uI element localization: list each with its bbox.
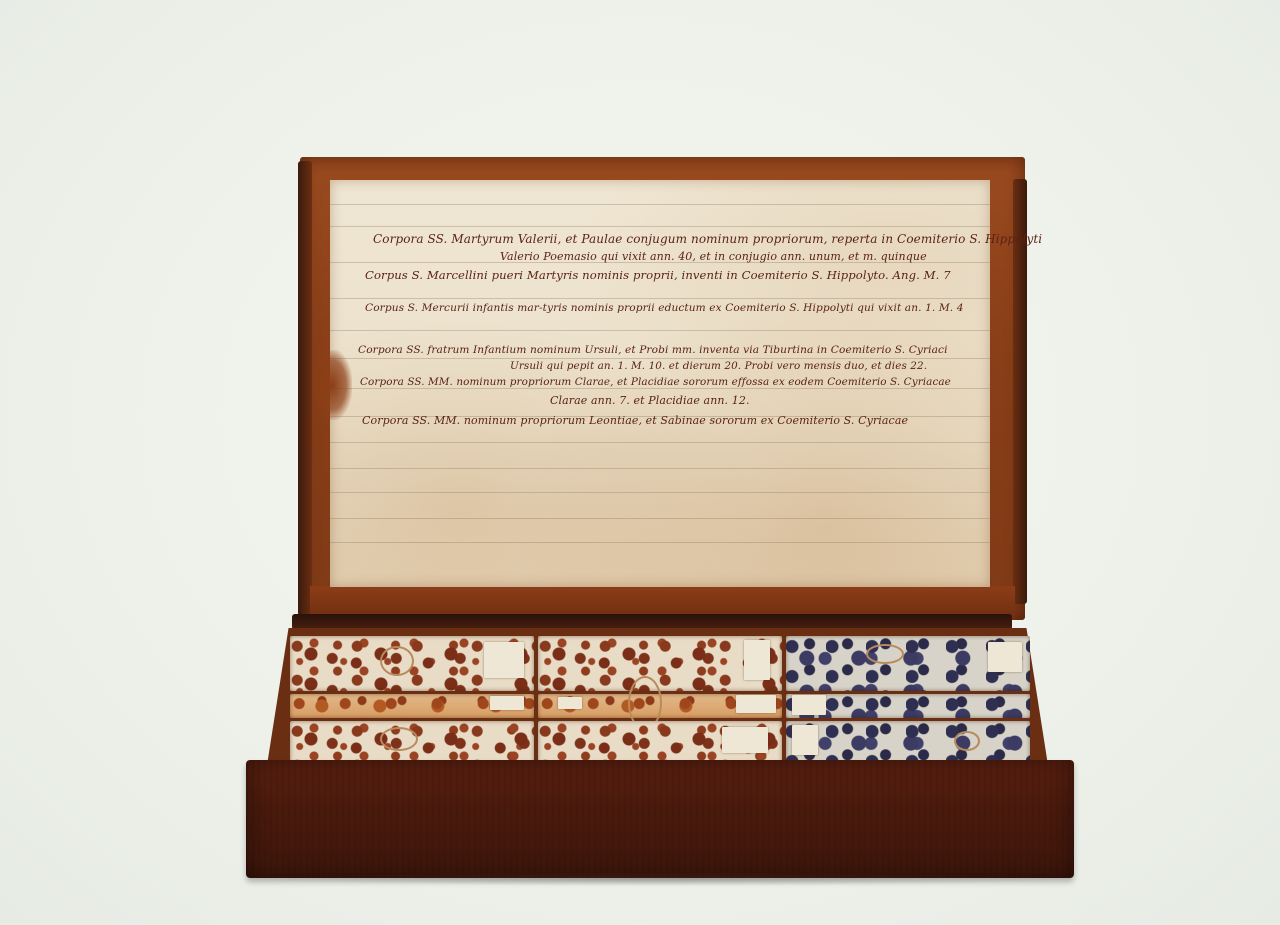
packet-tag (792, 695, 826, 715)
packet-tag (722, 727, 768, 753)
relic-packet (786, 694, 1030, 719)
relic-packet (538, 694, 782, 719)
relic-packet (290, 694, 534, 719)
packet-tag (484, 642, 524, 678)
packet-string (380, 646, 414, 676)
packet-tag (988, 642, 1022, 672)
relic-packet (290, 636, 534, 691)
label-line-1: Corpora SS. Martyrum Valerii, et Paulae … (373, 232, 1042, 246)
box-shadow (250, 872, 1070, 886)
label-line-8: Clarae ann. 7. et Placidiae ann. 12. (550, 394, 750, 407)
label-line-3: Corpus S. Marcellini pueri Martyris nomi… (365, 268, 951, 282)
packet-column-2 (538, 636, 782, 776)
box-front-panel (246, 760, 1074, 878)
packet-tag (558, 697, 582, 709)
reliquary-photo: Corpora SS. Martyrum Valerii, et Paulae … (0, 0, 1280, 925)
lid-left-edge (298, 161, 312, 616)
packet-column-3 (786, 636, 1030, 776)
packet-tag (744, 640, 770, 680)
relic-packets (290, 636, 1030, 776)
label-line-2: Valerio Poemasio qui vixit ann. 40, et i… (500, 250, 927, 263)
relic-packet (786, 636, 1030, 691)
label-line-5: Corpora SS. fratrum Infantium nominum Ur… (358, 344, 948, 356)
water-stain (312, 350, 352, 420)
packet-string (954, 731, 980, 751)
label-line-7: Corpora SS. MM. nominum propriorum Clara… (360, 376, 951, 388)
label-line-4: Corpus S. Mercurii infantis mar-tyris no… (365, 302, 964, 314)
label-line-6: Ursuli qui pepit an. 1. M. 10. et dierum… (510, 360, 927, 372)
packet-column-1 (290, 636, 534, 776)
packet-string (380, 727, 418, 751)
packet-string (866, 644, 904, 664)
packet-tag (736, 695, 776, 713)
label-line-9: Corpora SS. MM. nominum propriorum Leont… (362, 414, 908, 427)
packet-tag (490, 696, 524, 710)
handwritten-label: Corpora SS. Martyrum Valerii, et Paulae … (330, 180, 990, 587)
box-hinge (292, 614, 1012, 630)
relic-packet (538, 636, 782, 691)
packet-tag (792, 725, 818, 755)
